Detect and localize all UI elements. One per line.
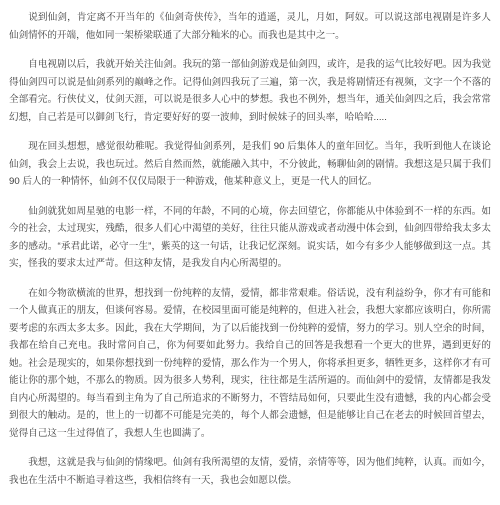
- document-page: 说到仙剑，肯定离不开当年的《仙剑奇侠传》，当年的逍遥，灵儿，月如，阿奴。可以说这…: [0, 0, 500, 505]
- paragraph-4: 仙剑就犹如周星驰的电影一样，不同的年龄，不同的心境，你去回望它，你都能从中体验到…: [9, 203, 491, 273]
- paragraph-5: 在如今物欲横流的世界，想找到一份纯粹的友情，爱情，都非常艰难。俗话说，没有利益纷…: [9, 285, 491, 443]
- paragraph-6: 我想，这就是我与仙剑的情缘吧。仙剑有我所渴望的友情，爱情，亲情等等，因为他们纯粹…: [9, 454, 491, 489]
- paragraph-1: 说到仙剑，肯定离不开当年的《仙剑奇侠传》，当年的逍遥，灵儿，月如，阿奴。可以说这…: [9, 9, 491, 44]
- paragraph-3: 现在回头想想，感觉很幼稚呢。我觉得仙剑系列，是我们 90 后集体人的童年回忆。当…: [9, 138, 491, 191]
- paragraph-2: 自电视剧以后，我就开始关注仙剑。我玩的第一部仙剑游戏是仙剑四，或许，是我的运气比…: [9, 56, 491, 126]
